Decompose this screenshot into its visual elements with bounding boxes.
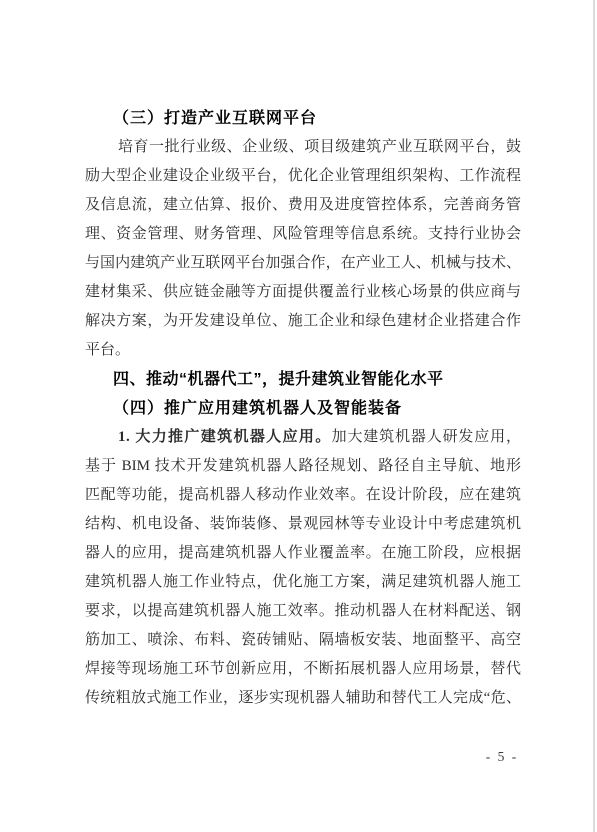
chapter-heading-machine-substitution: 四、推动“机器代工”，提升建筑业智能化水平 — [85, 365, 521, 394]
paragraph-line: 1. 大力推广建筑机器人应用。加大建筑机器人研发应用， — [85, 423, 521, 452]
paragraph-line: 结构、机电设备、装饰装修、景观园林等专业设计中考虑建筑机 — [85, 510, 521, 539]
paragraph-line: 焊接等现场施工环节创新应用，不断拓展机器人应用场景，替代 — [85, 655, 521, 684]
paragraph-line: 传统粗放式施工作业，逐步实现机器人辅助和替代工人完成“危、 — [85, 684, 521, 713]
page-content: （三）打造产业互联网平台 培育一批行业级、企业级、项目级建筑产业互联网平台，鼓 … — [85, 104, 521, 713]
paragraph-line: 励大型企业建设企业级平台，优化企业管理组织架构、工作流程 — [85, 162, 521, 191]
paragraph-line: 平台。 — [85, 336, 521, 365]
paragraph-line: 器人的应用，提高建筑机器人作业覆盖率。在施工阶段，应根据 — [85, 539, 521, 568]
page-number: - 5 - — [462, 749, 542, 765]
paragraph-text: 加大建筑机器人研发应用， — [332, 429, 521, 445]
paragraph-line: 理、资金管理、财务管理、风险管理等信息系统。支持行业协会 — [85, 220, 521, 249]
paragraph-line: 与国内建筑产业互联网平台加强合作，在产业工人、机械与技术、 — [85, 249, 521, 278]
paragraph-line: 筋加工、喷涂、布料、瓷砖铺贴、隔墙板安装、地面整平、高空 — [85, 626, 521, 655]
paragraph-line: 及信息流，建立估算、报价、费用及进度管控体系，完善商务管 — [85, 191, 521, 220]
section-heading-industry-internet-platform: （三）打造产业互联网平台 — [85, 104, 521, 133]
paragraph-line: 基于 BIM 技术开发建筑机器人路径规划、路径自主导航、地形 — [85, 452, 521, 481]
paragraph-line: 解决方案，为开发建设单位、施工企业和绿色建材企业搭建合作 — [85, 307, 521, 336]
paragraph-line: 要求，以提高建筑机器人施工效率。推动机器人在材料配送、钢 — [85, 597, 521, 626]
paragraph-line: 建材集采、供应链金融等方面提供覆盖行业核心场景的供应商与 — [85, 278, 521, 307]
section-heading-promote-construction-robots: （四）推广应用建筑机器人及智能装备 — [85, 394, 521, 423]
paragraph-line: 匹配等功能，提高机器人移动作业效率。在设计阶段，应在建筑 — [85, 481, 521, 510]
item-lead-bold: 1. 大力推广建筑机器人应用。 — [118, 429, 332, 445]
paragraph-line: 建筑机器人施工作业特点，优化施工方案，满足建筑机器人施工 — [85, 568, 521, 597]
document-page: （三）打造产业互联网平台 培育一批行业级、企业级、项目级建筑产业互联网平台，鼓 … — [0, 0, 595, 832]
paragraph-line: 培育一批行业级、企业级、项目级建筑产业互联网平台，鼓 — [85, 133, 521, 162]
